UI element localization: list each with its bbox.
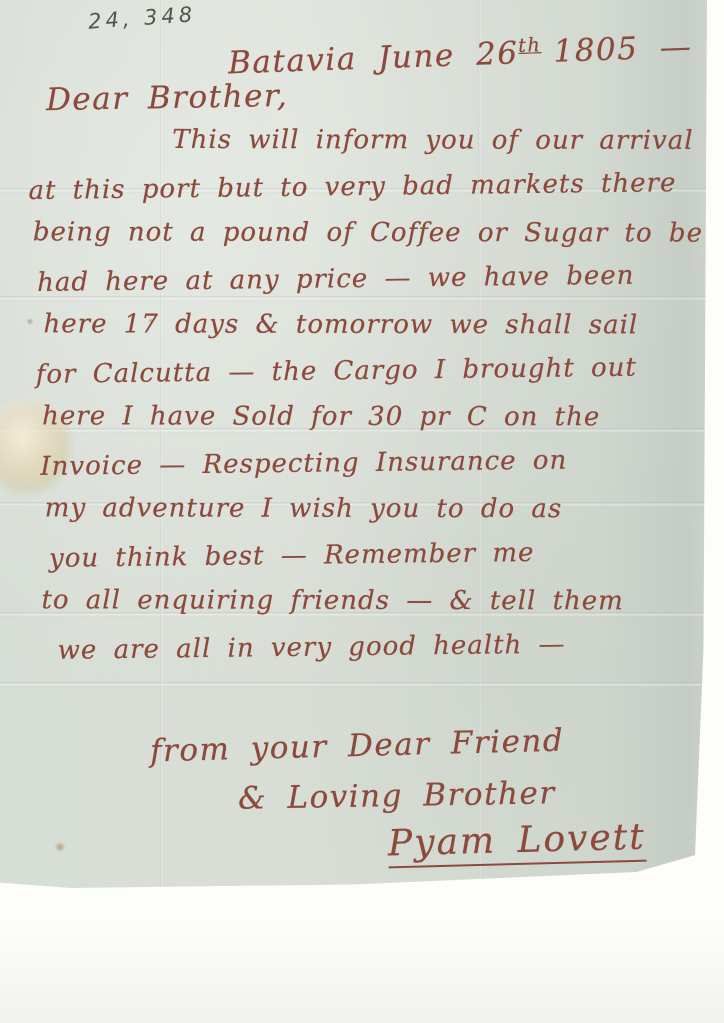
body-line: you think best — Remember me (49, 536, 707, 590)
fold-crease (0, 682, 707, 687)
body-line: had here at any price — we have been (37, 260, 707, 314)
body-line: for Calcutta — the Cargo I brought out (36, 352, 707, 406)
body-line: to all enquiring friends — & tell them (41, 585, 707, 632)
body-line: my adventure I wish you to do as (45, 493, 707, 540)
signature: Pyam Lovett (387, 817, 646, 869)
body-line: we are all in very good health — (58, 628, 707, 682)
closing-line: & Loving Brother (238, 775, 556, 817)
letter-page: 24, 348 Batavia June 26th1805 — Dear Bro… (0, 0, 707, 888)
body-line: Invoice — Respecting Insurance on (40, 444, 707, 498)
foxing-spot (54, 842, 66, 852)
closing-line: from your Dear Friend (150, 723, 565, 770)
dateline: Batavia June 26th1805 — (227, 28, 692, 82)
body-line: being not a pound of Coffee or Sugar to … (33, 217, 706, 264)
dateline-ordinal: th (518, 33, 542, 57)
scanner-background: 24, 348 Batavia June 26th1805 — Dear Bro… (0, 0, 724, 1023)
letter-body: This will inform you of our arrival at t… (0, 124, 707, 681)
body-line: at this port but to very bad markets the… (28, 168, 706, 222)
catalog-number: 24, 348 (87, 2, 197, 33)
body-line: here 17 days & tomorrow we shall sail (43, 309, 706, 356)
dateline-place-date: Batavia June 26 (228, 35, 520, 81)
body-line: here I have Sold for 30 pr C on the (42, 401, 707, 448)
dateline-year: 1805 — (553, 29, 693, 70)
body-line: This will inform you of our arrival (172, 125, 705, 172)
salutation: Dear Brother, (46, 78, 289, 118)
